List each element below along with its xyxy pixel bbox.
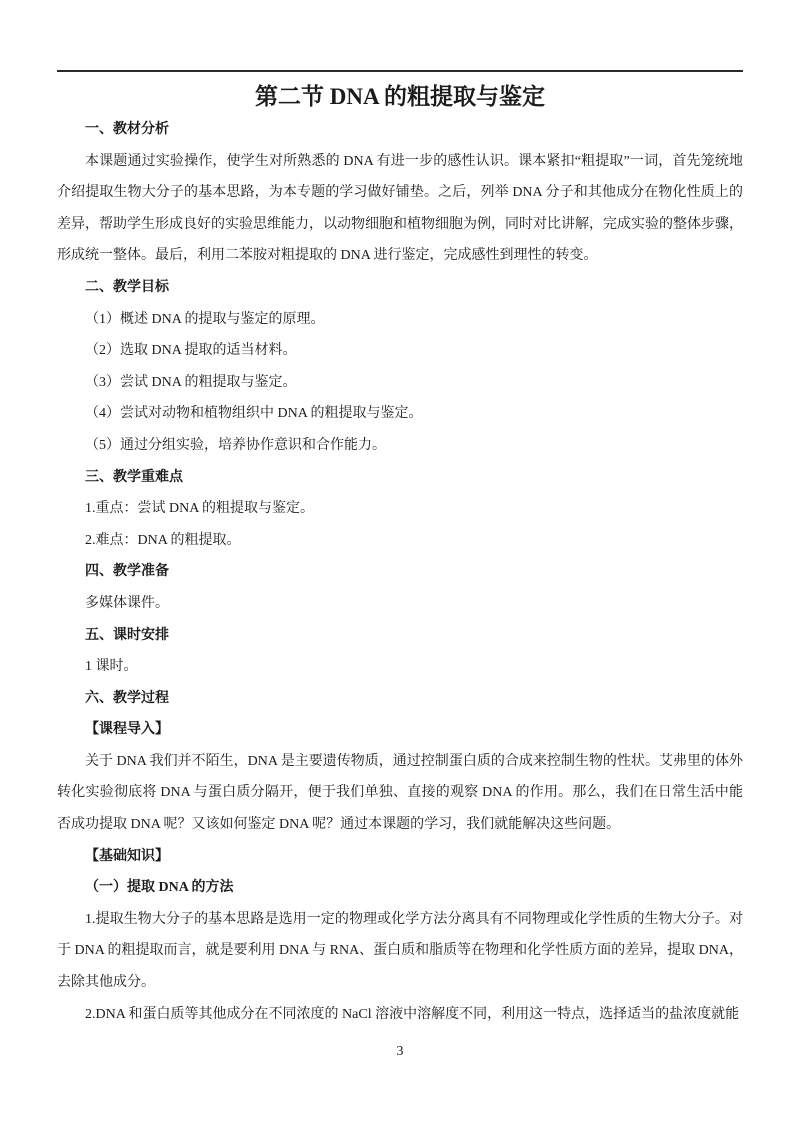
section-heading: 二、教学目标 (57, 272, 743, 304)
page-number: 3 (0, 1041, 800, 1063)
list-item: （4）尝试对动物和植物组织中 DNA 的粗提取与鉴定。 (57, 398, 743, 430)
paragraph: 2.DNA 和蛋白质等其他成分在不同浓度的 NaCl 溶液中溶解度不同，利用这一… (57, 999, 743, 1031)
header-rule (57, 70, 743, 72)
list-item: （1）概述 DNA 的提取与鉴定的原理。 (57, 304, 743, 336)
section-heading: 六、教学过程 (57, 683, 743, 715)
paragraph: 本课题通过实验操作，使学生对所熟悉的 DNA 有进一步的感性认识。课本紧扣“粗提… (57, 146, 743, 272)
list-item: 多媒体课件。 (57, 588, 743, 620)
list-item: 2.难点：DNA 的粗提取。 (57, 525, 743, 557)
section-heading: 五、课时安排 (57, 620, 743, 652)
list-item: （5）通过分组实验，培养协作意识和合作能力。 (57, 430, 743, 462)
section-heading: 【基础知识】 (57, 841, 743, 873)
document-page: 第二节 DNA 的粗提取与鉴定 一、教材分析本课题通过实验操作，使学生对所熟悉的… (0, 0, 800, 1131)
section-heading: 一、教材分析 (57, 114, 743, 146)
paragraph: 1.提取生物大分子的基本思路是选用一定的物理或化学方法分离具有不同物理或化学性质… (57, 904, 743, 999)
list-item: （2）选取 DNA 提取的适当材料。 (57, 335, 743, 367)
section-heading: 三、教学重难点 (57, 462, 743, 494)
section-heading: 四、教学准备 (57, 556, 743, 588)
section-heading: 【课程导入】 (57, 714, 743, 746)
list-item: 1.重点：尝试 DNA 的粗提取与鉴定。 (57, 493, 743, 525)
list-item: 1 课时。 (57, 651, 743, 683)
document-title: 第二节 DNA 的粗提取与鉴定 (57, 80, 743, 113)
list-item: （3）尝试 DNA 的粗提取与鉴定。 (57, 367, 743, 399)
paragraph: 关于 DNA 我们并不陌生，DNA 是主要遗传物质，通过控制蛋白质的合成来控制生… (57, 746, 743, 841)
section-heading: （一）提取 DNA 的方法 (57, 872, 743, 904)
document-body: 第二节 DNA 的粗提取与鉴定 一、教材分析本课题通过实验操作，使学生对所熟悉的… (57, 80, 743, 1030)
